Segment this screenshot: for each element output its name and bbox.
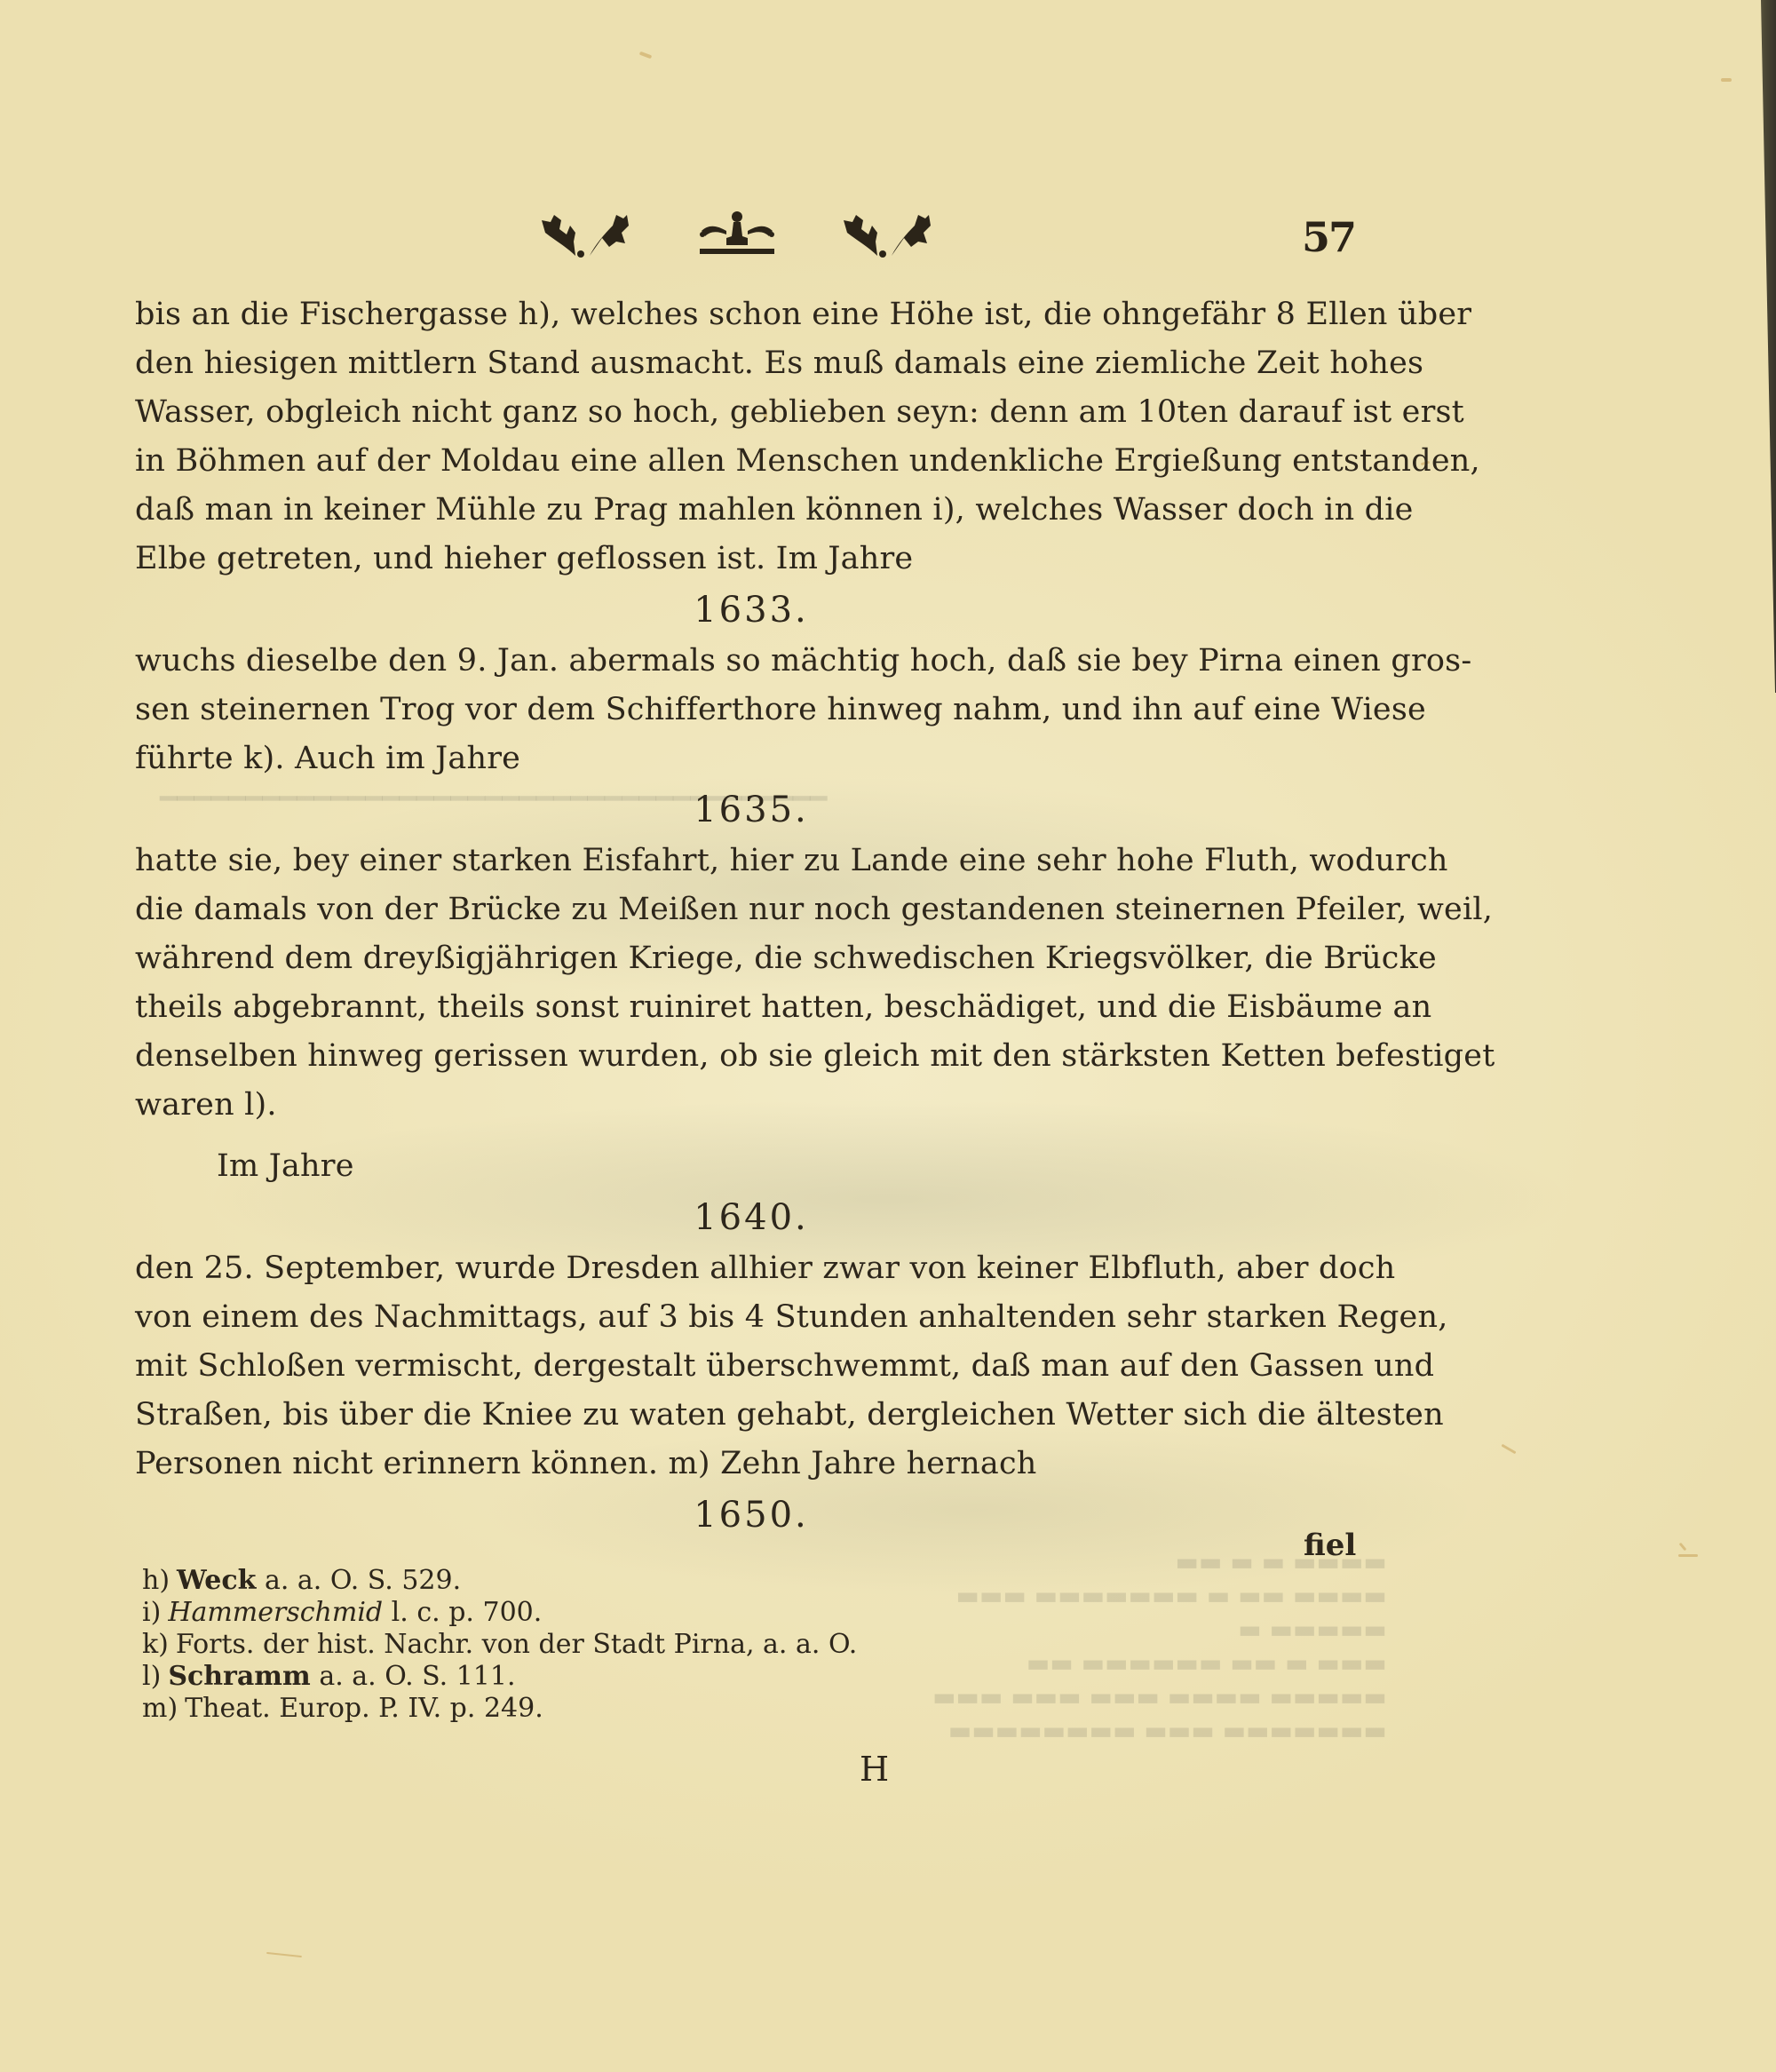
text-line: hatte sie, bey einer starken Eisfahrt, h… bbox=[135, 837, 1350, 885]
year-heading-1640: 1640. bbox=[135, 1191, 1350, 1244]
year-heading-1650: 1650. bbox=[135, 1489, 1350, 1542]
scanned-book-page: ━━━━━━━━━━━━━━━━━━━━━━━━━━━━━━━━━━━━━━━ … bbox=[0, 0, 1776, 2072]
year-heading-1635: 1635. bbox=[135, 783, 1350, 837]
text-line: bis an die Fischergasse h), welches scho… bbox=[135, 290, 1350, 339]
footnote-author: Weck bbox=[177, 1565, 256, 1596]
leaf-spray-ornament-icon bbox=[842, 213, 932, 258]
text-line: führte k). Auch im Jahre bbox=[135, 734, 1350, 783]
leaf-spray-ornament-icon bbox=[540, 213, 630, 258]
text-line: theils abgebrannt, theils sonst ruiniret… bbox=[135, 983, 1350, 1032]
footnote-author: Hammerschmid bbox=[168, 1597, 383, 1628]
signature-mark: H bbox=[860, 1750, 889, 1789]
footnote-h: h)Weck a. a. O. S. 529. bbox=[142, 1565, 857, 1597]
footnote-reference: Theat. Europ. P. IV. p. 249. bbox=[185, 1693, 543, 1724]
footnote-reference: a. a. O. S. 111. bbox=[311, 1661, 516, 1692]
text-line: wuchs dieselbe den 9. Jan. abermals so m… bbox=[135, 637, 1350, 686]
text-line: Im Jahre bbox=[135, 1142, 1350, 1191]
bleed-through-text: ▬▬▬▬ ▬ ▬ ▬▬▬▬▬▬ ▬▬ ▬ ▬▬▬▬▬▬▬ ▬▬▬▬▬▬▬▬ ▬▬… bbox=[932, 1545, 1387, 1748]
text-line: Personen nicht erinnern können. m) Zehn … bbox=[135, 1440, 1350, 1489]
paper-fleck bbox=[1678, 1554, 1698, 1557]
footnote-mark: h) bbox=[142, 1565, 170, 1596]
crown-fleuron-ornament-icon bbox=[700, 211, 774, 256]
footnote-author: Schramm bbox=[168, 1661, 310, 1692]
paper-fleck bbox=[1679, 1543, 1687, 1552]
paper-fleck bbox=[1721, 78, 1732, 82]
paper-fleck bbox=[1501, 1444, 1516, 1455]
footnote-mark: l) bbox=[142, 1661, 161, 1692]
text-line: mit Schloßen vermischt, dergestalt übers… bbox=[135, 1342, 1350, 1391]
text-line: Straßen, bis über die Kniee zu waten geh… bbox=[135, 1391, 1350, 1440]
text-line: den hiesigen mittlern Stand ausmacht. Es… bbox=[135, 339, 1350, 388]
footnote-reference: Forts. der hist. Nachr. von der Stadt Pi… bbox=[176, 1629, 857, 1660]
text-line: waren l). bbox=[135, 1081, 1350, 1130]
text-line: in Böhmen auf der Moldau eine allen Mens… bbox=[135, 437, 1350, 486]
body-text: bis an die Fischergasse h), welches scho… bbox=[135, 290, 1350, 1542]
footnote-m: m)Theat. Europ. P. IV. p. 249. bbox=[142, 1693, 857, 1725]
catchword: fiel bbox=[1304, 1528, 1356, 1563]
footnote-reference: l. c. p. 700. bbox=[383, 1597, 542, 1628]
paper-fleck bbox=[639, 52, 653, 60]
footnote-reference: a. a. O. S. 529. bbox=[256, 1565, 461, 1596]
footnote-mark: m) bbox=[142, 1693, 178, 1724]
text-line: von einem des Nachmittags, auf 3 bis 4 S… bbox=[135, 1293, 1350, 1342]
text-line: die damals von der Brücke zu Meißen nur … bbox=[135, 885, 1350, 934]
text-line: Elbe getreten, und hieher geflossen ist.… bbox=[135, 535, 1350, 583]
book-edge-shadow bbox=[1758, 0, 1776, 693]
footnote-mark: k) bbox=[142, 1629, 169, 1660]
text-line: während dem dreyßigjährigen Kriege, die … bbox=[135, 934, 1350, 983]
text-line: daß man in keiner Mühle zu Prag mahlen k… bbox=[135, 486, 1350, 535]
footnote-mark: i) bbox=[142, 1597, 161, 1628]
footnote-k: k)Forts. der hist. Nachr. von der Stadt … bbox=[142, 1629, 857, 1661]
text-line: sen steinernen Trog vor dem Schifferthor… bbox=[135, 686, 1350, 734]
text-line: den 25. September, wurde Dresden allhier… bbox=[135, 1244, 1350, 1293]
text-line: denselben hinweg gerissen wurden, ob sie… bbox=[135, 1032, 1350, 1081]
page-header bbox=[0, 206, 1776, 268]
text-line: Wasser, obgleich nicht ganz so hoch, geb… bbox=[135, 388, 1350, 437]
footnote-l: l)Schramm a. a. O. S. 111. bbox=[142, 1661, 857, 1693]
page-number: 57 bbox=[1302, 213, 1355, 261]
footnotes: h)Weck a. a. O. S. 529. i)Hammerschmid l… bbox=[142, 1565, 857, 1725]
year-heading-1633: 1633. bbox=[135, 583, 1350, 637]
footnote-i: i)Hammerschmid l. c. p. 700. bbox=[142, 1597, 857, 1629]
paper-fleck bbox=[266, 1952, 302, 1957]
